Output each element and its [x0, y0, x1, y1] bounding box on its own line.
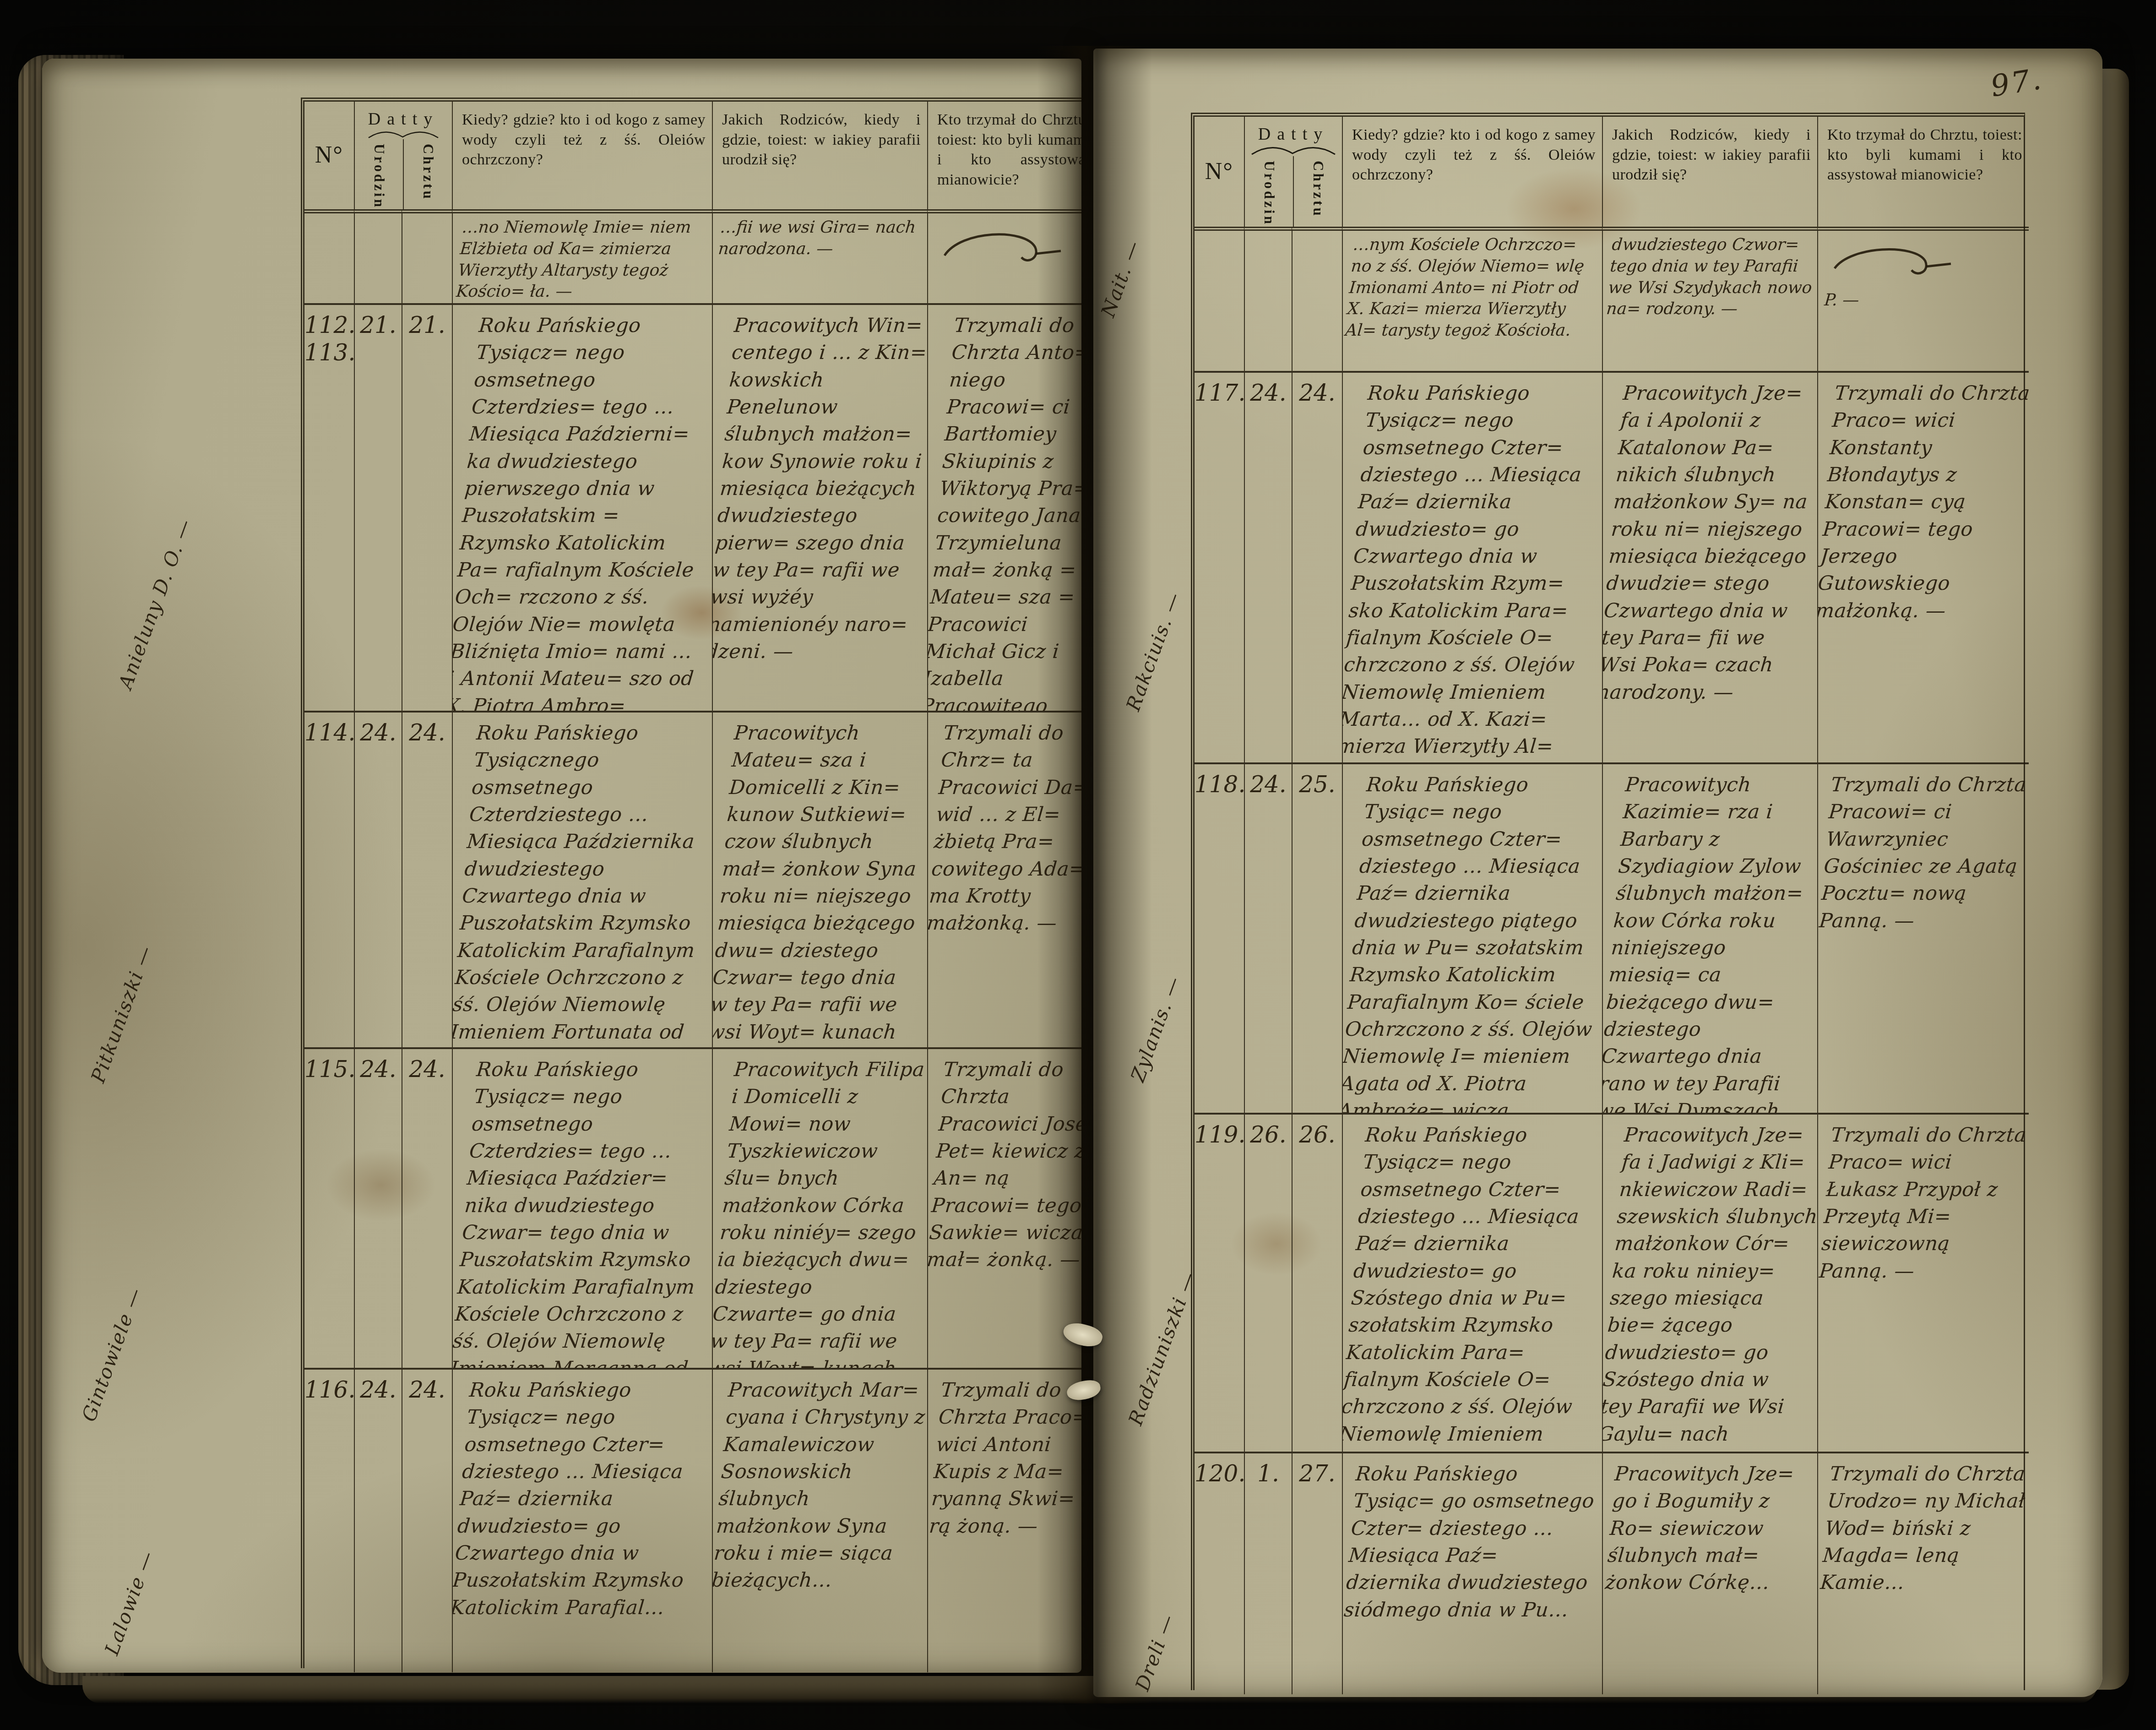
table-cell-no: 118.	[1195, 762, 1244, 1113]
header-godparents-label: Kto trzymał do Chrztu, toiest: kto byli …	[1818, 117, 2029, 185]
table-cell-birth-date	[1244, 227, 1292, 371]
table-cell-parents-record: Pracowitych Mateu= sza i Domicelli z Kin…	[712, 711, 927, 1047]
table-cell-baptism-record: Roku Pańskiego Tysiąc= nego osmsetnego C…	[1342, 762, 1602, 1113]
table-cell-no: 117.	[1195, 371, 1244, 762]
left-page: N° Datty Urodzin Chrztu Kiedy? gdzie? kt…	[42, 59, 1081, 1673]
baptism-date: 21.	[402, 305, 452, 339]
header-datty-cell: Datty Urodzin Chrztu	[1244, 117, 1342, 227]
table-cell-no: 116.	[304, 1368, 354, 1672]
table-cell-godparents-record: Trzymali do Chrzta Pracowici Josef Pet= …	[927, 1047, 1081, 1368]
table-cell-baptism-date: 24.	[1292, 371, 1342, 762]
table-cell-godparents-record: Trzymali do Chrzta Praco= wici Konstanty…	[1817, 371, 2029, 762]
baptism-date: 27.	[1293, 1453, 1342, 1487]
entry-number: 115.	[304, 1049, 354, 1083]
handwritten-text: Roku Pańskiego Tysiącz= nego osmsetnego …	[1342, 373, 1602, 762]
header-datty-label: Datty	[1258, 117, 1329, 144]
entry-number: 119.	[1195, 1115, 1244, 1148]
margin-note: Dreli —	[1131, 1611, 1179, 1694]
table-cell-no: 115.	[304, 1047, 354, 1368]
handwritten-text: Pracowitych Mar= cyana i Chrystyny z Kam…	[712, 1370, 927, 1594]
handwritten-text: Pracowitych Jze= fa i Jadwigi z Kli= nki…	[1602, 1115, 1817, 1452]
table-cell-baptism-date: 27.	[1292, 1452, 1342, 1694]
handwritten-text: Trzymali do Chrz= ta Pracowici Da= wid ……	[927, 713, 1081, 937]
birth-date: 24.	[1245, 764, 1292, 798]
table-cell-birth-date	[354, 209, 402, 303]
handwritten-text: Trzymali do Chrzta Urodzo= ny Michał Wod…	[1817, 1453, 2029, 1597]
baptism-date: 24.	[402, 713, 452, 746]
margin-note: Lalowie —	[100, 1547, 159, 1658]
header-godparents-label: Kto trzymał do Chrztu, toiest: kto byli …	[928, 102, 1081, 190]
birth-date: 24.	[355, 1049, 402, 1083]
table-cell-no: 120.	[1195, 1452, 1244, 1694]
margin-note: Nait. —	[1097, 237, 1145, 320]
table-cell-parents-record: Pracowitych Jze= fa i Jadwigi z Kli= nki…	[1602, 1113, 1817, 1452]
header-no-cell: N°	[304, 102, 354, 209]
table-cell-godparents-record: Trzymali do Chrz= ta Pracowici Da= wid ……	[927, 711, 1081, 1047]
table-cell-parents-record: Pracowitych Kazimie= rza i Barbary z Szy…	[1602, 762, 1817, 1113]
handwritten-text: Pracowitych Mateu= sza i Domicelli z Kin…	[712, 713, 927, 1047]
handwritten-text: Pracowitych Kazimie= rza i Barbary z Szy…	[1602, 764, 1817, 1113]
table-cell-no	[304, 209, 354, 303]
baptism-date: 24.	[402, 1049, 452, 1083]
table-cell-baptism-date	[1292, 227, 1342, 371]
table-cell-birth-date: 21.	[354, 303, 402, 711]
table-cell-no: 119.	[1195, 1113, 1244, 1452]
table-cell-baptism-date: 24.	[402, 1368, 452, 1672]
margin-note: Anieluny D. O. —	[114, 516, 196, 692]
table-cell-baptism-date	[402, 209, 452, 303]
table-cell-baptism-record: Roku Pańskiego Tysiącz= nego osmsetnego …	[452, 1368, 712, 1672]
margin-note: Radziuniszki —	[1124, 1268, 1200, 1428]
datty-subcolumns: Urodzin Chrztu	[355, 139, 452, 209]
margin-note: Gintowiele —	[77, 1284, 147, 1425]
table-cell-baptism-record: …nym Kościele Ochrzczo= no z śś. Olejów …	[1342, 227, 1602, 371]
entry-number: 117.	[1195, 373, 1244, 407]
entry-number: 112. 113.	[304, 305, 354, 366]
table-cell-birth-date: 24.	[354, 1047, 402, 1368]
handwritten-text: Trzymali do Chrzta Praco= wici Konstanty…	[1817, 373, 2029, 625]
table-cell-baptism-record: Roku Pańskiego Tysiąc= go osmsetnego Czt…	[1342, 1452, 1602, 1694]
table-cell-godparents-record: Trzymali do Chrzta Praco= wici Łukasz Pr…	[1817, 1113, 2029, 1452]
subcol-chrztu: Chrztu	[1293, 156, 1342, 227]
baptism-date: 26.	[1293, 1115, 1342, 1148]
handwritten-text: Roku Pańskiego Tysiąc= go osmsetnego Czt…	[1342, 1453, 1602, 1624]
table-cell-godparents-record: P. —	[1817, 227, 2029, 371]
subcol-urodzin: Urodzin	[355, 139, 403, 209]
header-datty-cell: Datty Urodzin Chrztu	[354, 102, 452, 209]
entry-number: 118.	[1195, 764, 1244, 798]
table-cell-baptism-record: Roku Pańskiego Tysiącz= nego osmsetnego …	[1342, 1113, 1602, 1452]
subcol-urodzin: Urodzin	[1245, 156, 1293, 227]
table-cell-birth-date: 26.	[1244, 1113, 1292, 1452]
birth-date: 24.	[1245, 373, 1292, 407]
table-cell-baptism-date: 26.	[1292, 1113, 1342, 1452]
header-baptism-label: Kiedy? gdzie? kto i od kogo z samey wody…	[453, 102, 712, 170]
table-cell-birth-date: 1.	[1244, 1452, 1292, 1694]
birth-date: 24.	[355, 1370, 402, 1404]
margin-note: Pitkuniszki —	[87, 942, 157, 1086]
entry-number: 116.	[304, 1370, 354, 1404]
table-cell-baptism-date: 25.	[1292, 762, 1342, 1113]
table-cell-godparents-record: Trzymali do Chrzta Urodzo= ny Michał Wod…	[1817, 1452, 2029, 1694]
table-cell-baptism-date: 21.	[402, 303, 452, 711]
table-cell-godparents-record: Trzymali do Chrzta Pracowi= ci Wawrzynie…	[1817, 762, 2029, 1113]
header-parents-cell: Jakich Rodziców, kiedy i gdzie, toiest: …	[1602, 117, 1817, 227]
table-cell-parents-record: dwudziestego Czwor= tego dnia w tey Para…	[1602, 227, 1817, 371]
header-godparents-cell: Kto trzymał do Chrztu, toiest: kto byli …	[927, 102, 1081, 209]
handwritten-text: Trzymali do Chrzta Praco= wici Łukasz Pr…	[1817, 1115, 2029, 1285]
header-baptism-cell: Kiedy? gdzie? kto i od kogo z samey wody…	[1342, 117, 1602, 227]
handwritten-text: Roku Pańskiego Tysiącz= nego osmsetnego …	[452, 305, 712, 711]
table-cell-godparents-record: Trzymali do Chrzta Praco= wici Antoni Ku…	[927, 1368, 1081, 1672]
margin-note: Zylanis. —	[1126, 973, 1185, 1085]
brace-glyph	[360, 130, 447, 139]
entry-number: 114.	[304, 713, 354, 746]
header-chrztu-label: Chrztu	[420, 144, 436, 209]
table-cell-baptism-record: Roku Pańskiego Tysiącz= nego osmsetnego …	[1342, 371, 1602, 762]
handwritten-text: Trzymali do Chrzta Praco= wici Antoni Ku…	[927, 1370, 1081, 1540]
baptism-date: 24.	[402, 1370, 452, 1404]
table-cell-baptism-record: Roku Pańskiego Tysiącz= nego osmsetnego …	[452, 1047, 712, 1368]
flourish-mark	[938, 225, 1066, 276]
handwritten-text: Roku Pańskiego Tysiącz= nego osmsetnego …	[452, 1370, 712, 1621]
table-cell-godparents-record	[927, 209, 1081, 303]
table-cell-parents-record: Pracowitych Filipa i Domicelli z Mowi= n…	[712, 1047, 927, 1368]
table-cell-parents-record: Pracowitych Jze= go i Bogumiły z Ro= sie…	[1602, 1452, 1817, 1694]
header-no-label: N°	[315, 140, 343, 171]
header-baptism-label: Kiedy? gdzie? kto i od kogo z samey wody…	[1343, 117, 1602, 185]
right-page: 97. N° Datty Urodzin Chrztu Kiedy? gdzie…	[1093, 49, 2102, 1697]
baptism-date: 25.	[1293, 764, 1342, 798]
table-cell-baptism-date: 24.	[402, 711, 452, 1047]
brace-glyph	[1250, 145, 1337, 156]
header-parents-label: Jakich Rodziców, kiedy i gdzie, toiest: …	[1603, 117, 1817, 185]
handwritten-text: Roku Pańskiego Tysiącz= nego osmsetnego …	[452, 1049, 712, 1368]
datty-subcolumns: Urodzin Chrztu	[1245, 156, 1342, 227]
table-cell-baptism-date: 24.	[402, 1047, 452, 1368]
register-table-right: N° Datty Urodzin Chrztu Kiedy? gdzie? kt…	[1191, 113, 2025, 1690]
table-cell-no: 112. 113.	[304, 303, 354, 711]
handwritten-text: P. —	[1817, 286, 2029, 311]
subcol-chrztu: Chrztu	[403, 139, 452, 209]
entry-number: 120.	[1195, 1453, 1244, 1487]
handwritten-text: Trzymali do Chrzta Pracowi= ci Wawrzynie…	[1817, 764, 2029, 935]
table-cell-baptism-record: Roku Pańskiego Tysiącznego osmsetnego Cz…	[452, 711, 712, 1047]
handwritten-text: Roku Pańskiego Tysiącz= nego osmsetnego …	[1342, 1115, 1602, 1452]
birth-date: 21.	[355, 305, 402, 339]
flourish-mark	[1828, 243, 1956, 284]
handwritten-text: …nym Kościele Ochrzczo= no z śś. Olejów …	[1342, 231, 1602, 342]
header-parents-label: Jakich Rodziców, kiedy i gdzie, toiest: …	[713, 102, 927, 170]
birth-date: 26.	[1245, 1115, 1292, 1148]
header-godparents-cell: Kto trzymał do Chrztu, toiest: kto byli …	[1817, 117, 2029, 227]
table-cell-parents-record: Pracowitych Mar= cyana i Chrystyny z Kam…	[712, 1368, 927, 1672]
handwritten-text: Roku Pańskiego Tysiąc= nego osmsetnego C…	[1342, 764, 1602, 1113]
table-cell-no	[1195, 227, 1244, 371]
baptism-date: 24.	[1293, 373, 1342, 407]
scanned-parish-register: { "book": { "page_number": "97." }, "tab…	[0, 0, 2156, 1730]
header-urodzin-label: Urodzin	[1261, 161, 1277, 227]
handwritten-text: Trzymali do Chrzta Pracowici Josef Pet= …	[927, 1049, 1081, 1274]
table-cell-birth-date: 24.	[1244, 762, 1292, 1113]
handwritten-text: Pracowitych Jze= fa i Apolonii z Katalon…	[1602, 373, 1817, 706]
handwritten-text: …fii we wsi Gira= nach narodzona. —	[712, 213, 927, 260]
page-number: 97.	[1988, 62, 2045, 104]
header-parents-cell: Jakich Rodziców, kiedy i gdzie, toiest: …	[712, 102, 927, 209]
handwritten-text: Trzymali do Chrzta Anto= niego Pracowi= …	[927, 305, 1081, 711]
handwritten-text: Pracowitych Jze= go i Bogumiły z Ro= sie…	[1602, 1453, 1817, 1597]
table-cell-birth-date: 24.	[354, 711, 402, 1047]
handwritten-text: dwudziestego Czwor= tego dnia w tey Para…	[1602, 231, 1817, 320]
handwritten-text: Pracowitych Win= centego i … z Kin= kows…	[712, 305, 927, 665]
header-chrztu-label: Chrztu	[1310, 161, 1326, 227]
table-cell-no: 114.	[304, 711, 354, 1047]
header-datty-label: Datty	[368, 102, 439, 129]
table-cell-parents-record: Pracowitych Jze= fa i Apolonii z Katalon…	[1602, 371, 1817, 762]
table-cell-baptism-record: …no Niemowlę Imie= niem Elżbieta od Ka= …	[452, 209, 712, 303]
margin-note: Rakciuis. —	[1122, 589, 1185, 714]
table-cell-birth-date: 24.	[354, 1368, 402, 1672]
header-no-label: N°	[1205, 157, 1233, 187]
table-cell-parents-record: Pracowitych Win= centego i … z Kin= kows…	[712, 303, 927, 711]
handwritten-text: Pracowitych Filipa i Domicelli z Mowi= n…	[712, 1049, 927, 1368]
handwritten-text: …no Niemowlę Imie= niem Elżbieta od Ka= …	[452, 213, 712, 303]
table-cell-birth-date: 24.	[1244, 371, 1292, 762]
register-table-left: N° Datty Urodzin Chrztu Kiedy? gdzie? kt…	[301, 98, 1081, 1668]
birth-date: 24.	[355, 713, 402, 746]
table-cell-godparents-record: Trzymali do Chrzta Anto= niego Pracowi= …	[927, 303, 1081, 711]
table-cell-baptism-record: Roku Pańskiego Tysiącz= nego osmsetnego …	[452, 303, 712, 711]
header-no-cell: N°	[1195, 117, 1244, 227]
header-baptism-cell: Kiedy? gdzie? kto i od kogo z samey wody…	[452, 102, 712, 209]
table-cell-parents-record: …fii we wsi Gira= nach narodzona. —	[712, 209, 927, 303]
header-urodzin-label: Urodzin	[371, 144, 387, 209]
handwritten-text: Roku Pańskiego Tysiącznego osmsetnego Cz…	[452, 713, 712, 1047]
birth-date: 1.	[1245, 1453, 1292, 1487]
